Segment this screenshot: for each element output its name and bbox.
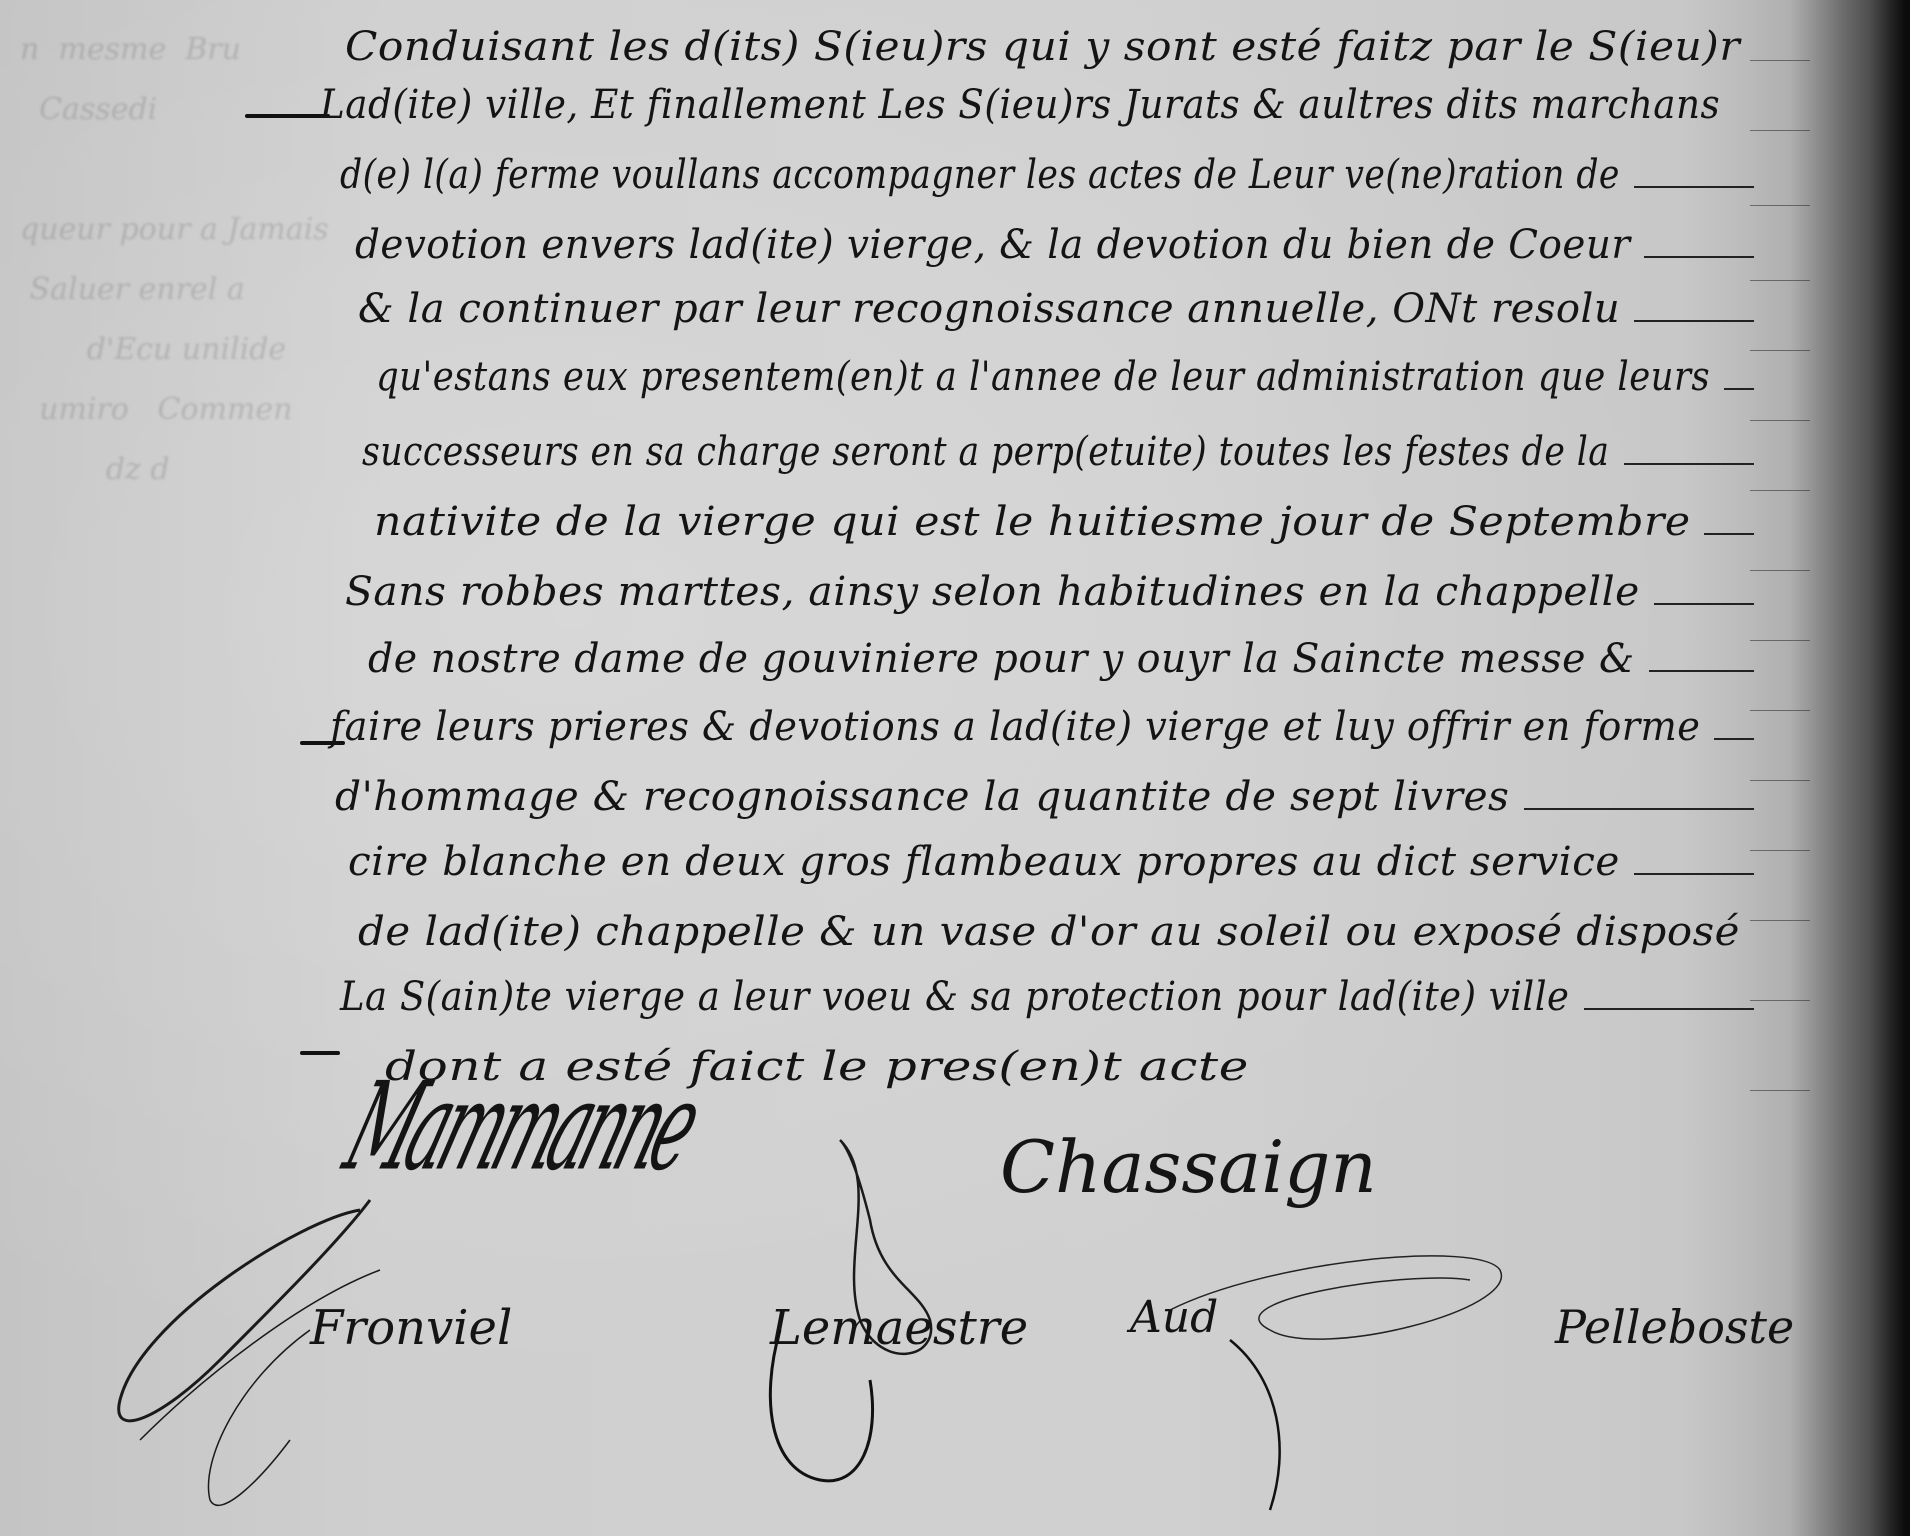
manuscript-line-text: d(e) l(a) ferme voullans accompagner les… — [340, 152, 1620, 198]
line-filler-stroke — [1654, 603, 1754, 605]
manuscript-line-text: Sans robbes marttes, ainsy selon habitud… — [345, 569, 1640, 615]
manuscript-line: Sans robbes marttes, ainsy selon habitud… — [345, 555, 1754, 615]
manuscript-line: faire leurs prieres & devotions a lad(it… — [330, 690, 1754, 750]
margin-stroke — [245, 114, 330, 118]
manuscript-line-text: nativite de la vierge qui est le huities… — [374, 499, 1691, 545]
line-filler-stroke — [1624, 463, 1754, 465]
manuscript-line-text: successeurs en sa charge seront a perp(e… — [362, 429, 1609, 475]
manuscript-line: de lad(ite) chappelle & un vase d'or au … — [358, 895, 1740, 955]
manuscript-line: La S(ain)te vierge a leur voeu & sa prot… — [340, 960, 1754, 1020]
manuscript-line: qu'estans eux presentem(en)t a l'annee d… — [376, 340, 1754, 400]
manuscript-line-text: de lad(ite) chappelle & un vase d'or au … — [358, 909, 1740, 955]
manuscript-line-text: de nostre dame de gouviniere pour y ouyr… — [368, 636, 1635, 682]
manuscript-line: Lad(ite) ville, Et finallement Les S(ieu… — [320, 68, 1720, 128]
manuscript-line-text: Lad(ite) ville, Et finallement Les S(ieu… — [320, 82, 1720, 128]
manuscript-line-text: La S(ain)te vierge a leur voeu & sa prot… — [340, 974, 1569, 1020]
book-binding-edge — [1750, 0, 1910, 1536]
signature-chassaign: Chassaign — [1000, 1125, 1377, 1209]
manuscript-line: de nostre dame de gouviniere pour y ouyr… — [368, 622, 1754, 682]
signature-fronviel: Fronviel — [310, 1300, 512, 1356]
manuscript-line: Conduisant les d(its) S(ieu)rs qui y son… — [345, 10, 1740, 70]
line-filler-stroke — [1634, 186, 1754, 188]
manuscript-line: d(e) l(a) ferme voullans accompagner les… — [340, 138, 1754, 198]
signature-swash-left — [180, 1320, 340, 1520]
manuscript-page: n mesme Bru Cassedi queur pour a Jamais … — [0, 0, 1910, 1536]
manuscript-line-text: faire leurs prieres & devotions a lad(it… — [330, 704, 1700, 750]
line-filler-stroke — [1634, 873, 1754, 875]
manuscript-line: nativite de la vierge qui est le huities… — [374, 485, 1754, 545]
line-filler-stroke — [1584, 1008, 1754, 1010]
manuscript-line-text: cire blanche en deux gros flambeaux prop… — [348, 839, 1620, 885]
manuscript-line-text: Conduisant les d(its) S(ieu)rs qui y son… — [345, 24, 1740, 70]
signature-swash — [750, 1320, 910, 1520]
manuscript-line: devotion envers lad(ite) vierge, & la de… — [355, 208, 1754, 268]
line-filler-stroke — [1524, 808, 1754, 810]
line-filler-stroke — [1644, 256, 1754, 258]
bleed-through-text: n mesme Bru Cassedi queur pour a Jamais … — [20, 20, 350, 500]
line-filler-stroke — [1704, 533, 1754, 535]
line-filler-stroke — [1649, 670, 1754, 672]
line-filler-stroke — [1634, 320, 1754, 322]
manuscript-line: d'hommage & recognoissance la quantite d… — [335, 760, 1754, 820]
manuscript-line-text: qu'estans eux presentem(en)t a l'annee d… — [376, 354, 1710, 400]
manuscript-line: cire blanche en deux gros flambeaux prop… — [348, 825, 1754, 885]
signature-paraph — [1150, 1250, 1610, 1520]
manuscript-line: & la continuer par leur recognoissance a… — [358, 272, 1754, 332]
line-filler-stroke — [1714, 738, 1754, 740]
margin-stroke — [300, 1051, 340, 1055]
manuscript-line-text: d'hommage & recognoissance la quantite d… — [335, 774, 1509, 820]
manuscript-line-text: & la continuer par leur recognoissance a… — [358, 286, 1620, 332]
manuscript-line: successeurs en sa charge seront a perp(e… — [362, 415, 1754, 475]
manuscript-line-text: devotion envers lad(ite) vierge, & la de… — [355, 222, 1630, 268]
signature-mammanne: Mammanne — [330, 1058, 711, 1199]
